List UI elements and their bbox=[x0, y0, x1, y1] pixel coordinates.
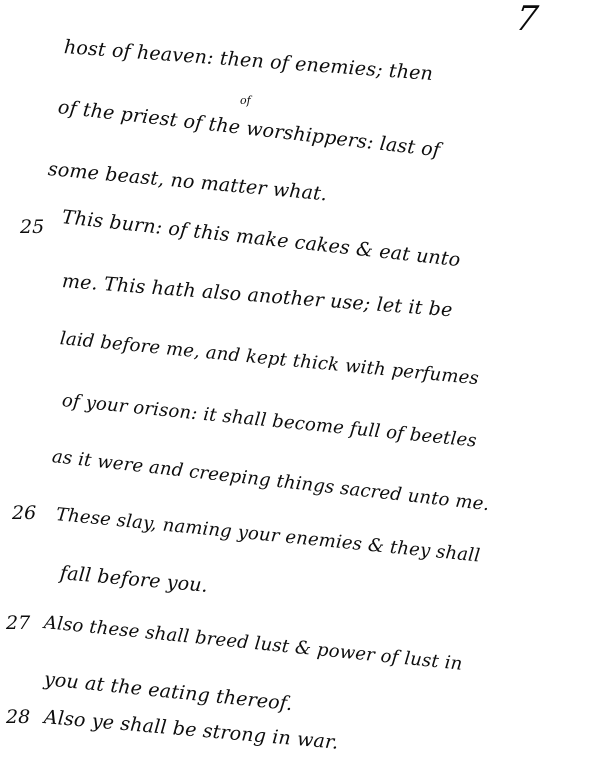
verse-number: 25 bbox=[20, 218, 44, 237]
manuscript-line: Also ye shall be strong in war. bbox=[43, 708, 339, 753]
verse-number: 27 bbox=[6, 614, 30, 633]
manuscript-line: of your orison: it shall become full of … bbox=[61, 392, 477, 451]
verse-number: 26 bbox=[12, 504, 36, 523]
manuscript-line: fall before you. bbox=[59, 564, 209, 596]
manuscript-line: host of heaven: then of enemies; then bbox=[63, 38, 433, 84]
manuscript-line: This burn: of this make cakes & eat unto bbox=[61, 208, 461, 270]
manuscript-line: me. This hath also another use; let it b… bbox=[61, 272, 453, 320]
manuscript-line: you at the eating thereof. bbox=[43, 670, 293, 714]
caret-insertion: of bbox=[240, 94, 251, 107]
verse-number: 28 bbox=[6, 708, 30, 727]
manuscript-page: 7 host of heaven: then of enemies; then … bbox=[0, 0, 610, 771]
manuscript-line: as it were and creeping things sacred un… bbox=[51, 448, 490, 514]
manuscript-line: laid before me, and kept thick with perf… bbox=[59, 330, 480, 388]
manuscript-line: These slay, naming your enemies & they s… bbox=[55, 506, 481, 565]
manuscript-line: of the priest of the worshippers: last o… bbox=[57, 98, 441, 160]
manuscript-line: some beast, no matter what. bbox=[47, 160, 328, 204]
manuscript-line: Also these shall breed lust & power of l… bbox=[43, 614, 463, 674]
page-number: 7 bbox=[514, 2, 540, 36]
